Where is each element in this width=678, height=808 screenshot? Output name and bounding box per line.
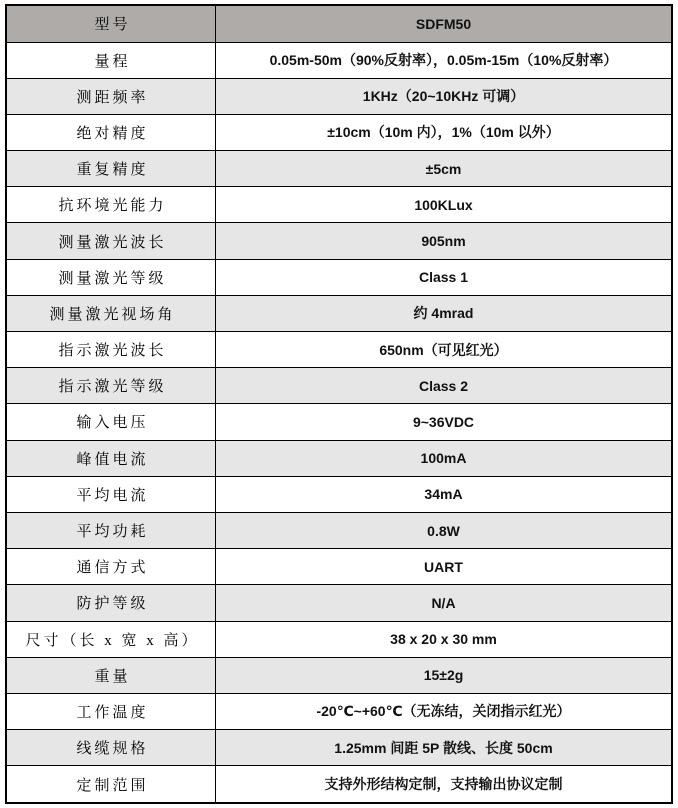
spec-value-cell: 650nm（可见红光）	[216, 332, 673, 368]
spec-label-cell: 绝对精度	[6, 114, 216, 150]
spec-value-cell: 0.05m-50m（90%反射率），0.05m-15m（10%反射率）	[216, 42, 673, 78]
spec-label-cell: 测量激光视场角	[6, 295, 216, 331]
spec-label-cell: 平均电流	[6, 476, 216, 512]
table-row: 指示激光波长 650nm（可见红光）	[6, 332, 672, 368]
spec-label-cell: 量程	[6, 42, 216, 78]
spec-label-cell: 尺寸（长 x 宽 x 高）	[6, 621, 216, 657]
spec-value-cell: 15±2g	[216, 657, 673, 693]
spec-value-cell: -20℃~+60℃（无冻结，关闭指示红光）	[216, 693, 673, 729]
table-row: 测距频率 1KHz（20~10KHz 可调）	[6, 78, 672, 114]
table-row: 定制范围 支持外形结构定制，支持输出协议定制	[6, 766, 672, 803]
spec-value-cell: 0.8W	[216, 512, 673, 548]
spec-value-cell: 100mA	[216, 440, 673, 476]
spec-table: 型号 SDFM50 量程 0.05m-50m（90%反射率），0.05m-15m…	[5, 4, 673, 804]
spec-value-cell: 905nm	[216, 223, 673, 259]
spec-value-cell: UART	[216, 549, 673, 585]
table-row: 线缆规格 1.25mm 间距 5P 散线、长度 50cm	[6, 730, 672, 766]
spec-value-cell: Class 1	[216, 259, 673, 295]
spec-value-cell: 支持外形结构定制，支持输出协议定制	[216, 766, 673, 803]
table-row: 型号 SDFM50	[6, 5, 672, 42]
spec-table-body: 型号 SDFM50 量程 0.05m-50m（90%反射率），0.05m-15m…	[6, 5, 672, 803]
table-row: 指示激光等级 Class 2	[6, 368, 672, 404]
spec-value-cell: SDFM50	[216, 5, 673, 42]
spec-value-cell: ±10cm（10m 内），1%（10m 以外）	[216, 114, 673, 150]
table-row: 测量激光视场角 约 4mrad	[6, 295, 672, 331]
spec-value-cell: 1.25mm 间距 5P 散线、长度 50cm	[216, 730, 673, 766]
spec-label-cell: 平均功耗	[6, 512, 216, 548]
spec-label-cell: 测量激光等级	[6, 259, 216, 295]
spec-label-cell: 重复精度	[6, 151, 216, 187]
table-row: 量程 0.05m-50m（90%反射率），0.05m-15m（10%反射率）	[6, 42, 672, 78]
spec-label-cell: 峰值电流	[6, 440, 216, 476]
table-row: 平均电流 34mA	[6, 476, 672, 512]
spec-label-cell: 通信方式	[6, 549, 216, 585]
table-row: 测量激光波长 905nm	[6, 223, 672, 259]
spec-sheet-page: 型号 SDFM50 量程 0.05m-50m（90%反射率），0.05m-15m…	[0, 0, 678, 808]
spec-label-cell: 测量激光波长	[6, 223, 216, 259]
table-row: 尺寸（长 x 宽 x 高） 38 x 20 x 30 mm	[6, 621, 672, 657]
table-row: 输入电压 9~36VDC	[6, 404, 672, 440]
table-row: 重量 15±2g	[6, 657, 672, 693]
table-row: 平均功耗 0.8W	[6, 512, 672, 548]
table-row: 峰值电流 100mA	[6, 440, 672, 476]
spec-label-cell: 测距频率	[6, 78, 216, 114]
spec-value-cell: 100KLux	[216, 187, 673, 223]
table-row: 抗环境光能力 100KLux	[6, 187, 672, 223]
spec-label-cell: 线缆规格	[6, 730, 216, 766]
spec-label-cell: 指示激光波长	[6, 332, 216, 368]
spec-value-cell: 约 4mrad	[216, 295, 673, 331]
spec-label-cell: 重量	[6, 657, 216, 693]
table-row: 绝对精度 ±10cm（10m 内），1%（10m 以外）	[6, 114, 672, 150]
table-row: 重复精度 ±5cm	[6, 151, 672, 187]
table-row: 通信方式 UART	[6, 549, 672, 585]
table-row: 工作温度 -20℃~+60℃（无冻结，关闭指示红光）	[6, 693, 672, 729]
spec-value-cell: 34mA	[216, 476, 673, 512]
table-row: 测量激光等级 Class 1	[6, 259, 672, 295]
spec-value-cell: Class 2	[216, 368, 673, 404]
spec-value-cell: 1KHz（20~10KHz 可调）	[216, 78, 673, 114]
spec-label-cell: 抗环境光能力	[6, 187, 216, 223]
spec-value-cell: N/A	[216, 585, 673, 621]
table-row: 防护等级 N/A	[6, 585, 672, 621]
spec-value-cell: 38 x 20 x 30 mm	[216, 621, 673, 657]
spec-label-cell: 输入电压	[6, 404, 216, 440]
spec-label-cell: 型号	[6, 5, 216, 42]
spec-value-cell: ±5cm	[216, 151, 673, 187]
spec-label-cell: 指示激光等级	[6, 368, 216, 404]
spec-label-cell: 定制范围	[6, 766, 216, 803]
spec-label-cell: 防护等级	[6, 585, 216, 621]
spec-label-cell: 工作温度	[6, 693, 216, 729]
spec-value-cell: 9~36VDC	[216, 404, 673, 440]
